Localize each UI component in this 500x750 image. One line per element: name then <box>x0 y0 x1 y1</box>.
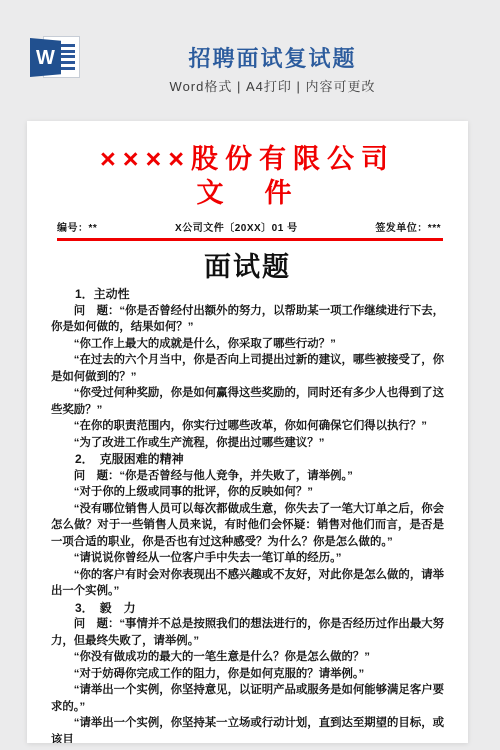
paragraph: 问 题：“你是否曾经付出额外的努力，以帮助某一项工作继续进行下去，你是如何做的，… <box>51 303 444 336</box>
paragraph: 问 题：“你是否曾经与他人竞争，并失败了，请举例。” <box>51 468 444 485</box>
paragraph: “你受过何种奖励，你是如何赢得这些奖励的，同时还有多少人也得到了这些奖励？” <box>51 385 444 418</box>
section-heading: 2． 克服困难的精神 <box>51 451 444 468</box>
paragraph: “你的客户有时会对你表现出不感兴趣或不友好，对此你是怎么做的，请举出一个实例。” <box>51 567 444 600</box>
page-title: 招聘面试复试题 <box>45 42 500 73</box>
preview-header: W 招聘面试复试题 Word格式 | A4打印 | 内容可更改 <box>0 0 500 121</box>
paragraph: 问 题：“事情并不总是按照我们的想法进行的，你是否经历过作出最大努力，但最终失败… <box>51 616 444 649</box>
doc-file-number: X公司文件〔20XX〕01 号 <box>175 219 298 234</box>
doc-number-label: 编号：** <box>57 219 97 234</box>
red-divider <box>57 238 443 241</box>
company-title: ××××股份有限公司 <box>27 143 468 175</box>
page-subtitle: Word格式 | A4打印 | 内容可更改 <box>45 76 500 95</box>
paragraph: “请举出一个实例，你坚持某一立场或行动计划，直到达至期望的目标，或该目 <box>51 715 444 743</box>
document-title: 面试题 <box>27 251 468 283</box>
paragraph: “没有哪位销售人员可以每次都做成生意，你失去了一笔大订单之后，你会怎么做？对于一… <box>51 501 444 551</box>
paragraph: “你没有做成功的最大的一笔生意是什么？你是怎么做的？” <box>51 649 444 666</box>
paragraph: “你工作上最大的成就是什么，你采取了哪些行动？” <box>51 336 444 353</box>
document-page: ××××股份有限公司 文 件 编号：** X公司文件〔20XX〕01 号 签发单… <box>27 121 468 743</box>
doc-issuer-label: 签发单位：*** <box>375 219 441 234</box>
document-word: 文 件 <box>27 177 468 209</box>
document-meta-row: 编号：** X公司文件〔20XX〕01 号 签发单位：*** <box>57 219 441 234</box>
paragraph: “对于你的上级或同事的批评，你的反映如何？” <box>51 484 444 501</box>
paragraph: “请举出一个实例，你坚持意见，以证明产品或服务是如何能够满足客户要求的。” <box>51 682 444 715</box>
section-heading: 1．主动性 <box>51 286 444 303</box>
paragraph: “在你的职责范围内，你实行过哪些改革，你如何确保它们得以执行？” <box>51 418 444 435</box>
document-body: 1．主动性问 题：“你是否曾经付出额外的努力，以帮助某一项工作继续进行下去，你是… <box>27 286 468 743</box>
paragraph: “对于妨碍你完成工作的阻力，你是如何克服的？请举例。” <box>51 666 444 683</box>
page-canvas: W 招聘面试复试题 Word格式 | A4打印 | 内容可更改 ××××股份有限… <box>0 0 500 750</box>
paragraph: “为了改进工作或生产流程，你提出过哪些建议？” <box>51 435 444 452</box>
paragraph: “在过去的六个月当中，你是否向上司提出过新的建议，哪些被接受了，你是如何做到的？… <box>51 352 444 385</box>
paragraph: “请说说你曾经从一位客户手中失去一笔订单的经历。” <box>51 550 444 567</box>
section-heading: 3． 毅 力 <box>51 600 444 617</box>
